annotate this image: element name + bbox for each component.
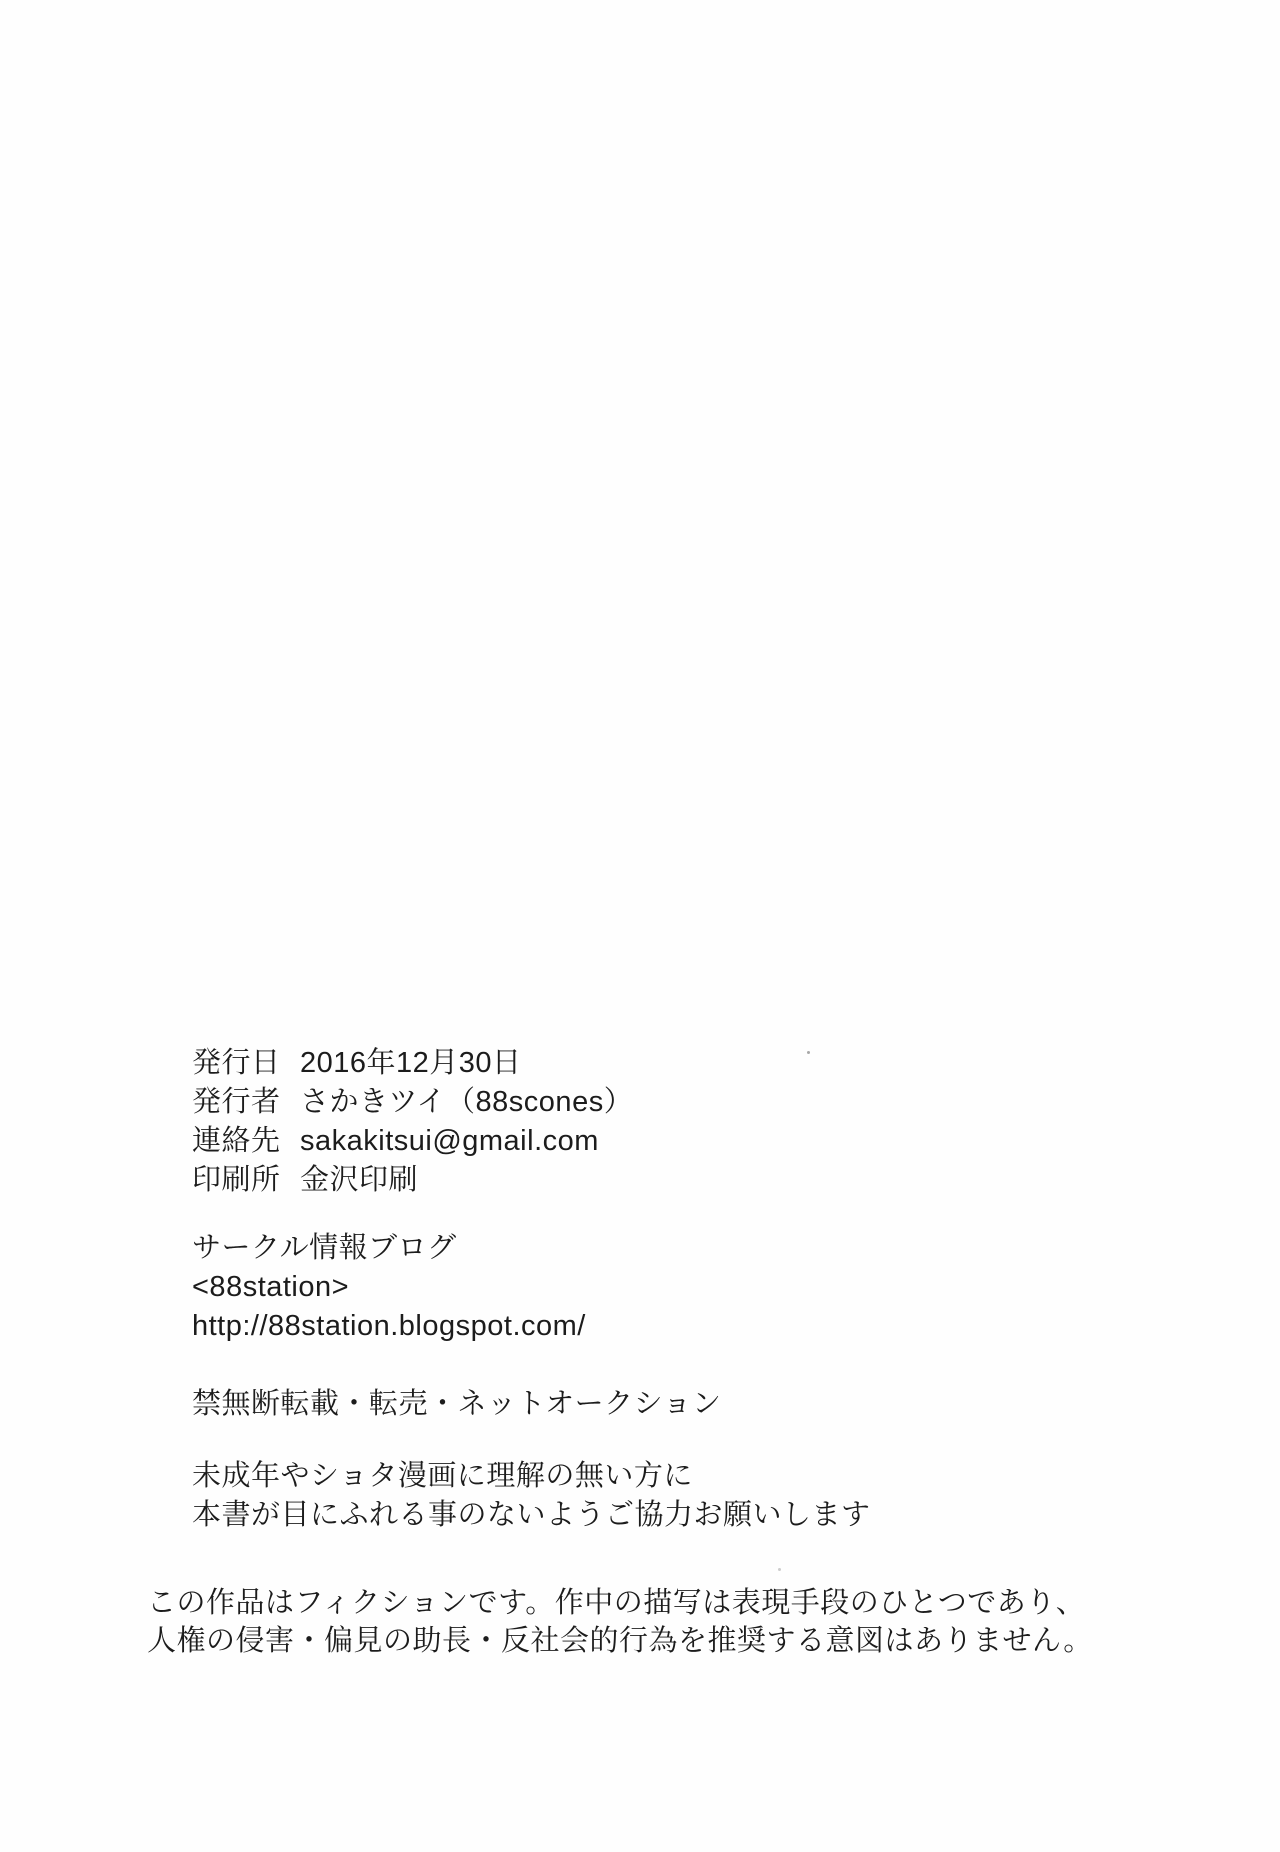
info-value-email: sakakitsui@gmail.com bbox=[300, 1122, 599, 1161]
audience-warning: 未成年やショタ漫画に理解の無い方に 本書が目にふれる事のないようご協力お願いしま… bbox=[192, 1457, 871, 1535]
info-row-contact: 連絡先 sakakitsui@gmail.com bbox=[192, 1122, 633, 1161]
blog-url: http://88station.blogspot.com/ bbox=[192, 1307, 586, 1346]
fiction-disclaimer: この作品はフィクションです。作中の描写は表現手段のひとつであり、 人権の侵害・偏… bbox=[147, 1584, 1093, 1660]
info-value: さかきツイ（88scones） bbox=[300, 1083, 633, 1122]
disclaimer-line-1: この作品はフィクションです。作中の描写は表現手段のひとつであり、 bbox=[147, 1584, 1093, 1622]
info-label: 発行者 bbox=[192, 1083, 300, 1122]
disclaimer-line-2: 人権の侵害・偏見の助長・反社会的行為を推奨する意図はありません。 bbox=[147, 1622, 1093, 1660]
blog-name: <88station> bbox=[192, 1268, 586, 1307]
scanned-colophon-page: 発行日 2016年12月30日 発行者 さかきツイ（88scones） 連絡先 … bbox=[0, 0, 1280, 1852]
info-label: 印刷所 bbox=[192, 1161, 300, 1200]
warning-line-1: 未成年やショタ漫画に理解の無い方に bbox=[192, 1457, 871, 1496]
scan-speck bbox=[778, 1568, 781, 1571]
info-label: 連絡先 bbox=[192, 1122, 300, 1161]
info-value: 2016年12月30日 bbox=[300, 1044, 522, 1083]
publication-info: 発行日 2016年12月30日 発行者 さかきツイ（88scones） 連絡先 … bbox=[192, 1044, 633, 1200]
notice-line: 禁無断転載・転売・ネットオークション bbox=[192, 1385, 722, 1424]
warning-line-2: 本書が目にふれる事のないようご協力お願いします bbox=[192, 1496, 871, 1535]
circle-blog-info: サークル情報ブログ <88station> http://88station.b… bbox=[192, 1229, 586, 1346]
info-row-printer: 印刷所 金沢印刷 bbox=[192, 1161, 633, 1200]
info-value: 金沢印刷 bbox=[300, 1161, 418, 1200]
info-label: 発行日 bbox=[192, 1044, 300, 1083]
info-row-publication-date: 発行日 2016年12月30日 bbox=[192, 1044, 633, 1083]
info-row-publisher: 発行者 さかきツイ（88scones） bbox=[192, 1083, 633, 1122]
scan-speck bbox=[807, 1051, 810, 1054]
blog-title: サークル情報ブログ bbox=[192, 1229, 586, 1268]
reproduction-notice: 禁無断転載・転売・ネットオークション bbox=[192, 1385, 722, 1424]
